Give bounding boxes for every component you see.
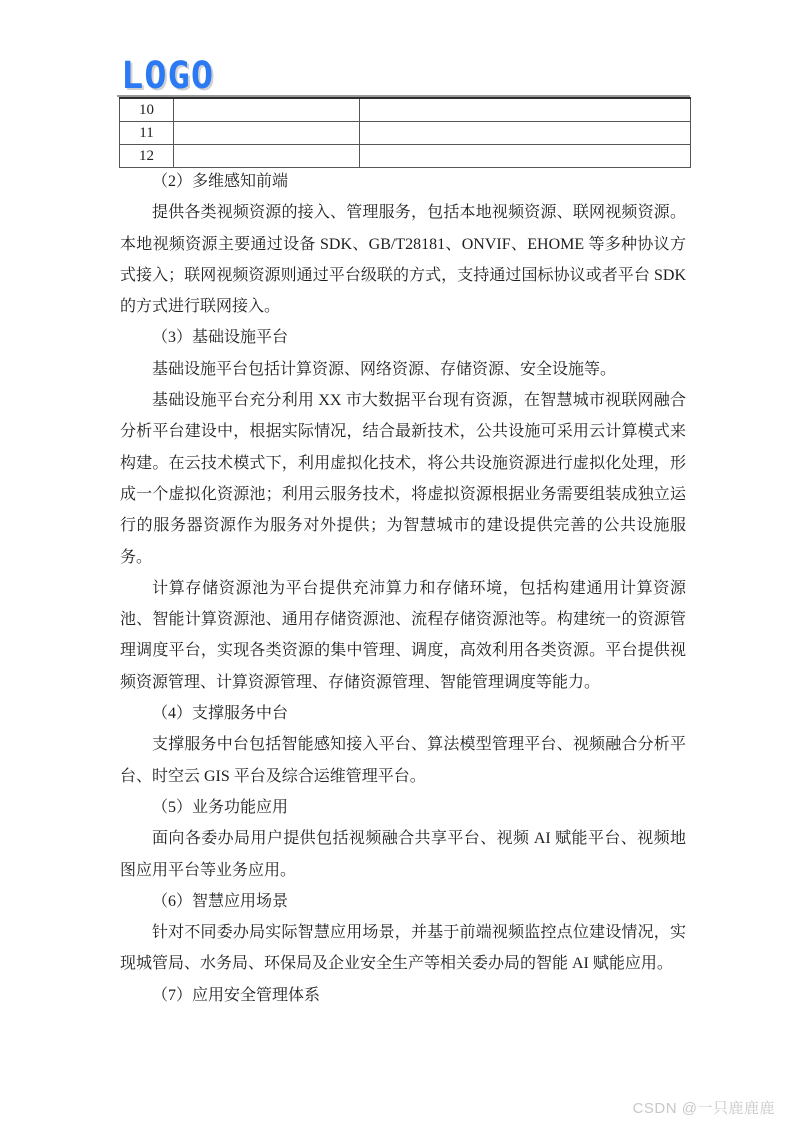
section-heading-7: （7）应用安全管理体系 — [120, 980, 686, 1011]
section-heading-2: （2）多维感知前端 — [120, 166, 686, 197]
empty-cell — [360, 122, 691, 145]
row-number-cell: 12 — [120, 145, 174, 168]
empty-cell — [174, 145, 360, 168]
empty-cell — [174, 98, 360, 122]
section-heading-4: （4）支撑服务中台 — [120, 698, 686, 729]
continuation-table: 10 11 12 — [119, 97, 691, 168]
section-heading-5: （5）业务功能应用 — [120, 792, 686, 823]
section-heading-6: （6）智慧应用场景 — [120, 886, 686, 917]
table-row: 11 — [120, 122, 691, 145]
paragraph: 计算存储资源池为平台提供充沛算力和存储环境，包括构建通用计算资源池、智能计算资源… — [120, 573, 686, 698]
paragraph: 面向各委办局用户提供包括视频融合共享平台、视频 AI 赋能平台、视频地图应用平台… — [120, 823, 686, 886]
paragraph: 针对不同委办局实际智慧应用场景，并基于前端视频监控点位建设情况，实现城管局、水务… — [120, 917, 686, 980]
paragraph: 基础设施平台包括计算资源、网络资源、存储资源、安全设施等。 — [120, 354, 686, 385]
empty-cell — [360, 145, 691, 168]
paragraph: 支撑服务中台包括智能感知接入平台、算法模型管理平台、视频融合分析平台、时空云 G… — [120, 729, 686, 792]
empty-cell — [174, 122, 360, 145]
document-body: （2）多维感知前端 提供各类视频资源的接入、管理服务，包括本地视频资源、联网视频… — [120, 166, 686, 1011]
watermark: CSDN @一只鹿鹿鹿 — [633, 1097, 775, 1118]
paragraph: 提供各类视频资源的接入、管理服务，包括本地视频资源、联网视频资源。本地视频资源主… — [120, 197, 686, 322]
paragraph: 基础设施平台充分利用 XX 市大数据平台现有资源，在智慧城市视联网融合分析平台建… — [120, 385, 686, 573]
row-number-cell: 10 — [120, 98, 174, 122]
document-page: LOGO 10 11 12 （2）多维感知前端 提供各类视频资源的接入、管理服务… — [0, 0, 800, 1132]
row-number-cell: 11 — [120, 122, 174, 145]
table-row: 10 — [120, 98, 691, 122]
logo: LOGO — [121, 57, 214, 94]
empty-cell — [360, 98, 691, 122]
section-heading-3: （3）基础设施平台 — [120, 322, 686, 353]
table-row: 12 — [120, 145, 691, 168]
